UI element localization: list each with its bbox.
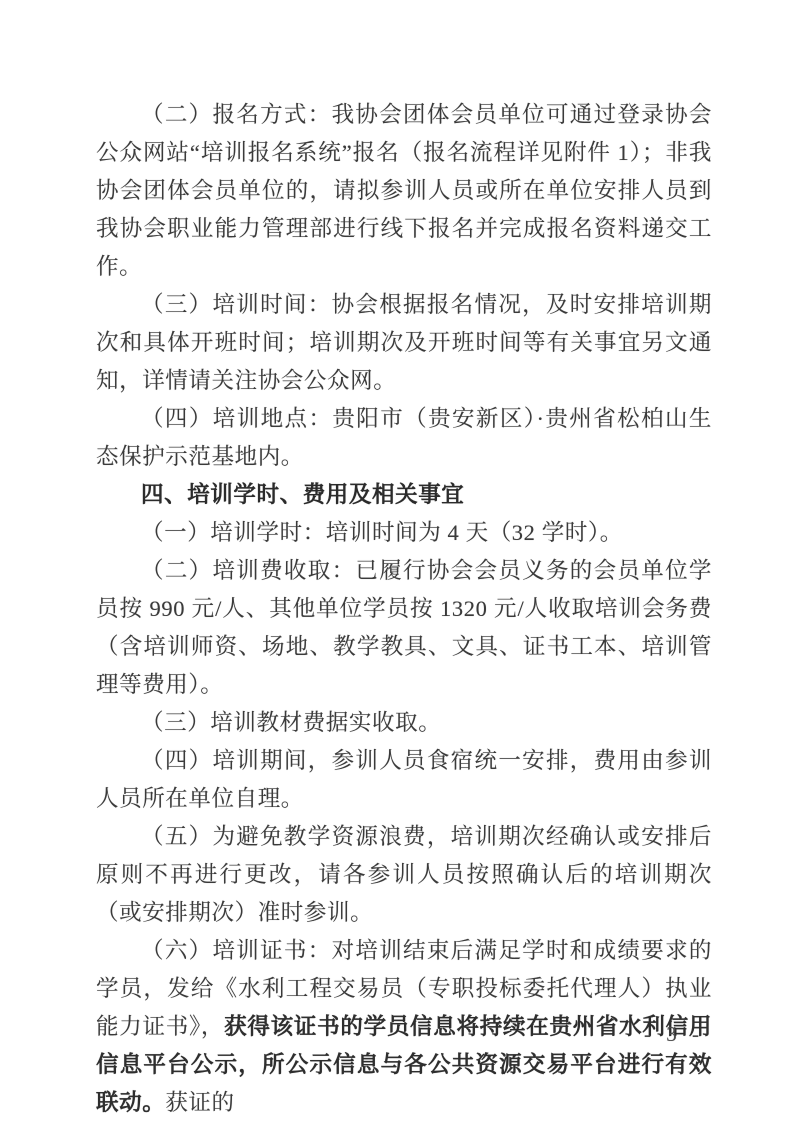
paragraph-training-fee: （二）培训费收取：已履行协会会员义务的会员单位学员按 990 元/人、其他单位学… (96, 552, 712, 704)
paragraph-schedule-change-policy: （五）为避免教学资源浪费，培训期次经确认或安排后原则不再进行更改，请各参训人员按… (96, 818, 712, 932)
section-heading-hours-fees: 四、培训学时、费用及相关事宜 (96, 476, 712, 514)
page-number: - 3 - (644, 1022, 704, 1047)
certificate-text-tail: 获证的 (165, 1090, 234, 1115)
paragraph-training-location: （四）培训地点：贵阳市（贵安新区）·贵州省松柏山生态保护示范基地内。 (96, 400, 712, 476)
scanned-document-page: （二）报名方式：我协会团体会员单位可通过登录协会公众网站“培训报名系统”报名（报… (0, 0, 800, 1131)
paragraph-training-hours: （一）培训学时：培训时间为 4 天（32 学时）。 (96, 514, 712, 552)
paragraph-registration-method: （二）报名方式：我协会团体会员单位可通过登录协会公众网站“培训报名系统”报名（报… (96, 96, 712, 286)
paragraph-training-certificate: （六）培训证书：对培训结束后满足学时和成绩要求的学员，发给《水利工程交易员（专职… (96, 932, 712, 1122)
document-body: （二）报名方式：我协会团体会员单位可通过登录协会公众网站“培训报名系统”报名（报… (96, 96, 712, 1122)
paragraph-board-lodging: （四）培训期间，参训人员食宿统一安排，费用由参训人员所在单位自理。 (96, 742, 712, 818)
paragraph-training-time: （三）培训时间：协会根据报名情况，及时安排培训期次和具体开班时间；培训期次及开班… (96, 286, 712, 400)
paragraph-material-fee: （三）培训教材费据实收取。 (96, 704, 712, 742)
